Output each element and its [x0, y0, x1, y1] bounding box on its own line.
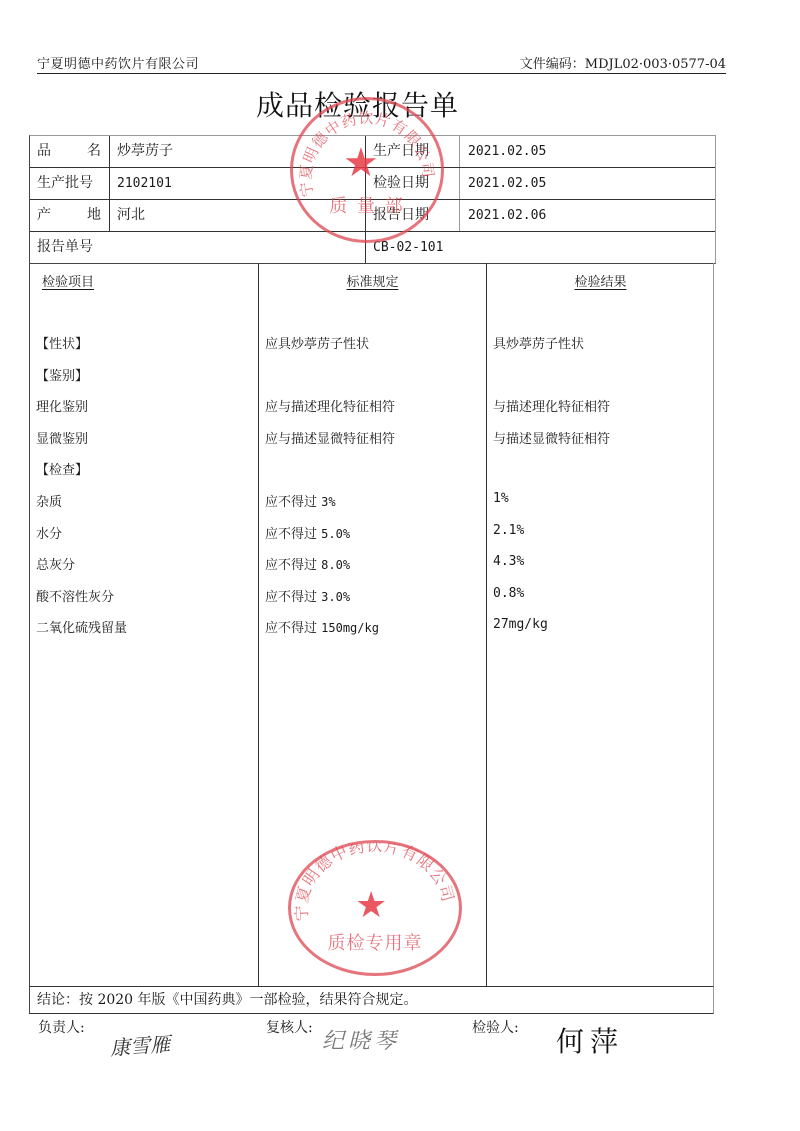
result-item: 水分	[36, 523, 62, 542]
info-row-origin: 产地 河北 报告日期 2021.02.06	[30, 200, 715, 232]
header-standard: 标准规定	[259, 271, 486, 290]
result-value: 27mg/kg	[493, 617, 548, 632]
result-item: 【性状】	[36, 333, 88, 352]
result-item: 【鉴别】	[36, 365, 88, 384]
result-item: 酸不溶性灰分	[36, 586, 114, 605]
result-item: 理化鉴别	[36, 396, 88, 415]
result-item: 杂质	[36, 491, 62, 510]
conclusion: 结论：按 2020 年版《中国药典》一部检验，结果符合规定。	[29, 987, 714, 1014]
result-standard: 应不得过 150mg/kg	[265, 617, 379, 636]
result-standard: 应不得过 8.0%	[265, 554, 350, 573]
report-no-value: CB-02-101	[365, 232, 715, 263]
info-row-product: 品名 炒葶苈子 生产日期 2021.02.05	[30, 136, 715, 168]
result-item: 【检查】	[36, 459, 88, 478]
responsible-label: 负责人:	[38, 1017, 85, 1037]
file-code: 文件编码：MDJL02·003·0577-04	[520, 53, 726, 72]
report-date-value: 2021.02.06	[460, 200, 715, 231]
production-date-value: 2021.02.05	[460, 136, 715, 167]
info-table: 品名 炒葶苈子 生产日期 2021.02.05 生产批号 2102101 检验日…	[29, 135, 716, 264]
production-date-label: 生产日期	[365, 136, 460, 167]
result-standard: 应不得过 5.0%	[265, 523, 350, 542]
header-divider	[37, 73, 726, 74]
origin-label: 产地	[30, 200, 110, 231]
product-name-label: 品名	[30, 136, 110, 167]
page-title: 成品检验报告单	[0, 84, 715, 124]
reviewer-label: 复核人:	[266, 1017, 313, 1037]
report-no-label: 报告单号	[30, 232, 365, 263]
header-item: 检验项目	[42, 271, 94, 290]
origin-value: 河北	[110, 200, 365, 231]
info-row-report-no: 报告单号 CB-02-101	[30, 232, 715, 263]
column-standard: 标准规定 应具炒葶苈子性状应与描述理化特征相符应与描述显微特征相符应不得过 3%…	[259, 263, 487, 986]
company-name: 宁夏明德中药饮片有限公司	[37, 53, 199, 72]
results-table: 检验项目 【性状】【鉴别】理化鉴别显微鉴别【检查】杂质水分总灰分酸不溶性灰分二氧…	[29, 263, 714, 987]
batch-value: 2102101	[110, 168, 365, 199]
result-item: 显微鉴别	[36, 428, 88, 447]
report-date-label: 报告日期	[365, 200, 460, 231]
result-value: 4.3%	[493, 554, 524, 569]
info-row-batch: 生产批号 2102101 检验日期 2021.02.05	[30, 168, 715, 200]
batch-label: 生产批号	[30, 168, 110, 199]
result-value: 1%	[493, 491, 509, 506]
inspection-date-label: 检验日期	[365, 168, 460, 199]
inspection-date-value: 2021.02.05	[460, 168, 715, 199]
result-standard: 应不得过 3%	[265, 491, 336, 510]
result-standard: 应与描述显微特征相符	[265, 428, 395, 447]
column-item: 检验项目 【性状】【鉴别】理化鉴别显微鉴别【检查】杂质水分总灰分酸不溶性灰分二氧…	[30, 263, 259, 986]
result-value: 与描述理化特征相符	[493, 396, 610, 415]
column-result: 检验结果 具炒葶苈子性状与描述理化特征相符与描述显微特征相符1%2.1%4.3%…	[487, 263, 714, 986]
reviewer-signature: 纪晓琴	[322, 1024, 400, 1055]
result-value: 具炒葶苈子性状	[493, 333, 584, 352]
responsible-signature: 康雪雁	[109, 1028, 171, 1061]
inspector-signature: 何萍	[556, 1020, 624, 1060]
inspector-label: 检验人:	[472, 1017, 519, 1037]
product-name-value: 炒葶苈子	[110, 136, 365, 167]
result-value: 与描述显微特征相符	[493, 428, 610, 447]
result-standard: 应具炒葶苈子性状	[265, 333, 369, 352]
header-result: 检验结果	[487, 271, 714, 290]
result-standard: 应与描述理化特征相符	[265, 396, 395, 415]
result-item: 总灰分	[36, 554, 75, 573]
result-value: 0.8%	[493, 586, 524, 601]
result-item: 二氧化硫残留量	[36, 617, 127, 636]
result-standard: 应不得过 3.0%	[265, 586, 350, 605]
result-value: 2.1%	[493, 523, 524, 538]
